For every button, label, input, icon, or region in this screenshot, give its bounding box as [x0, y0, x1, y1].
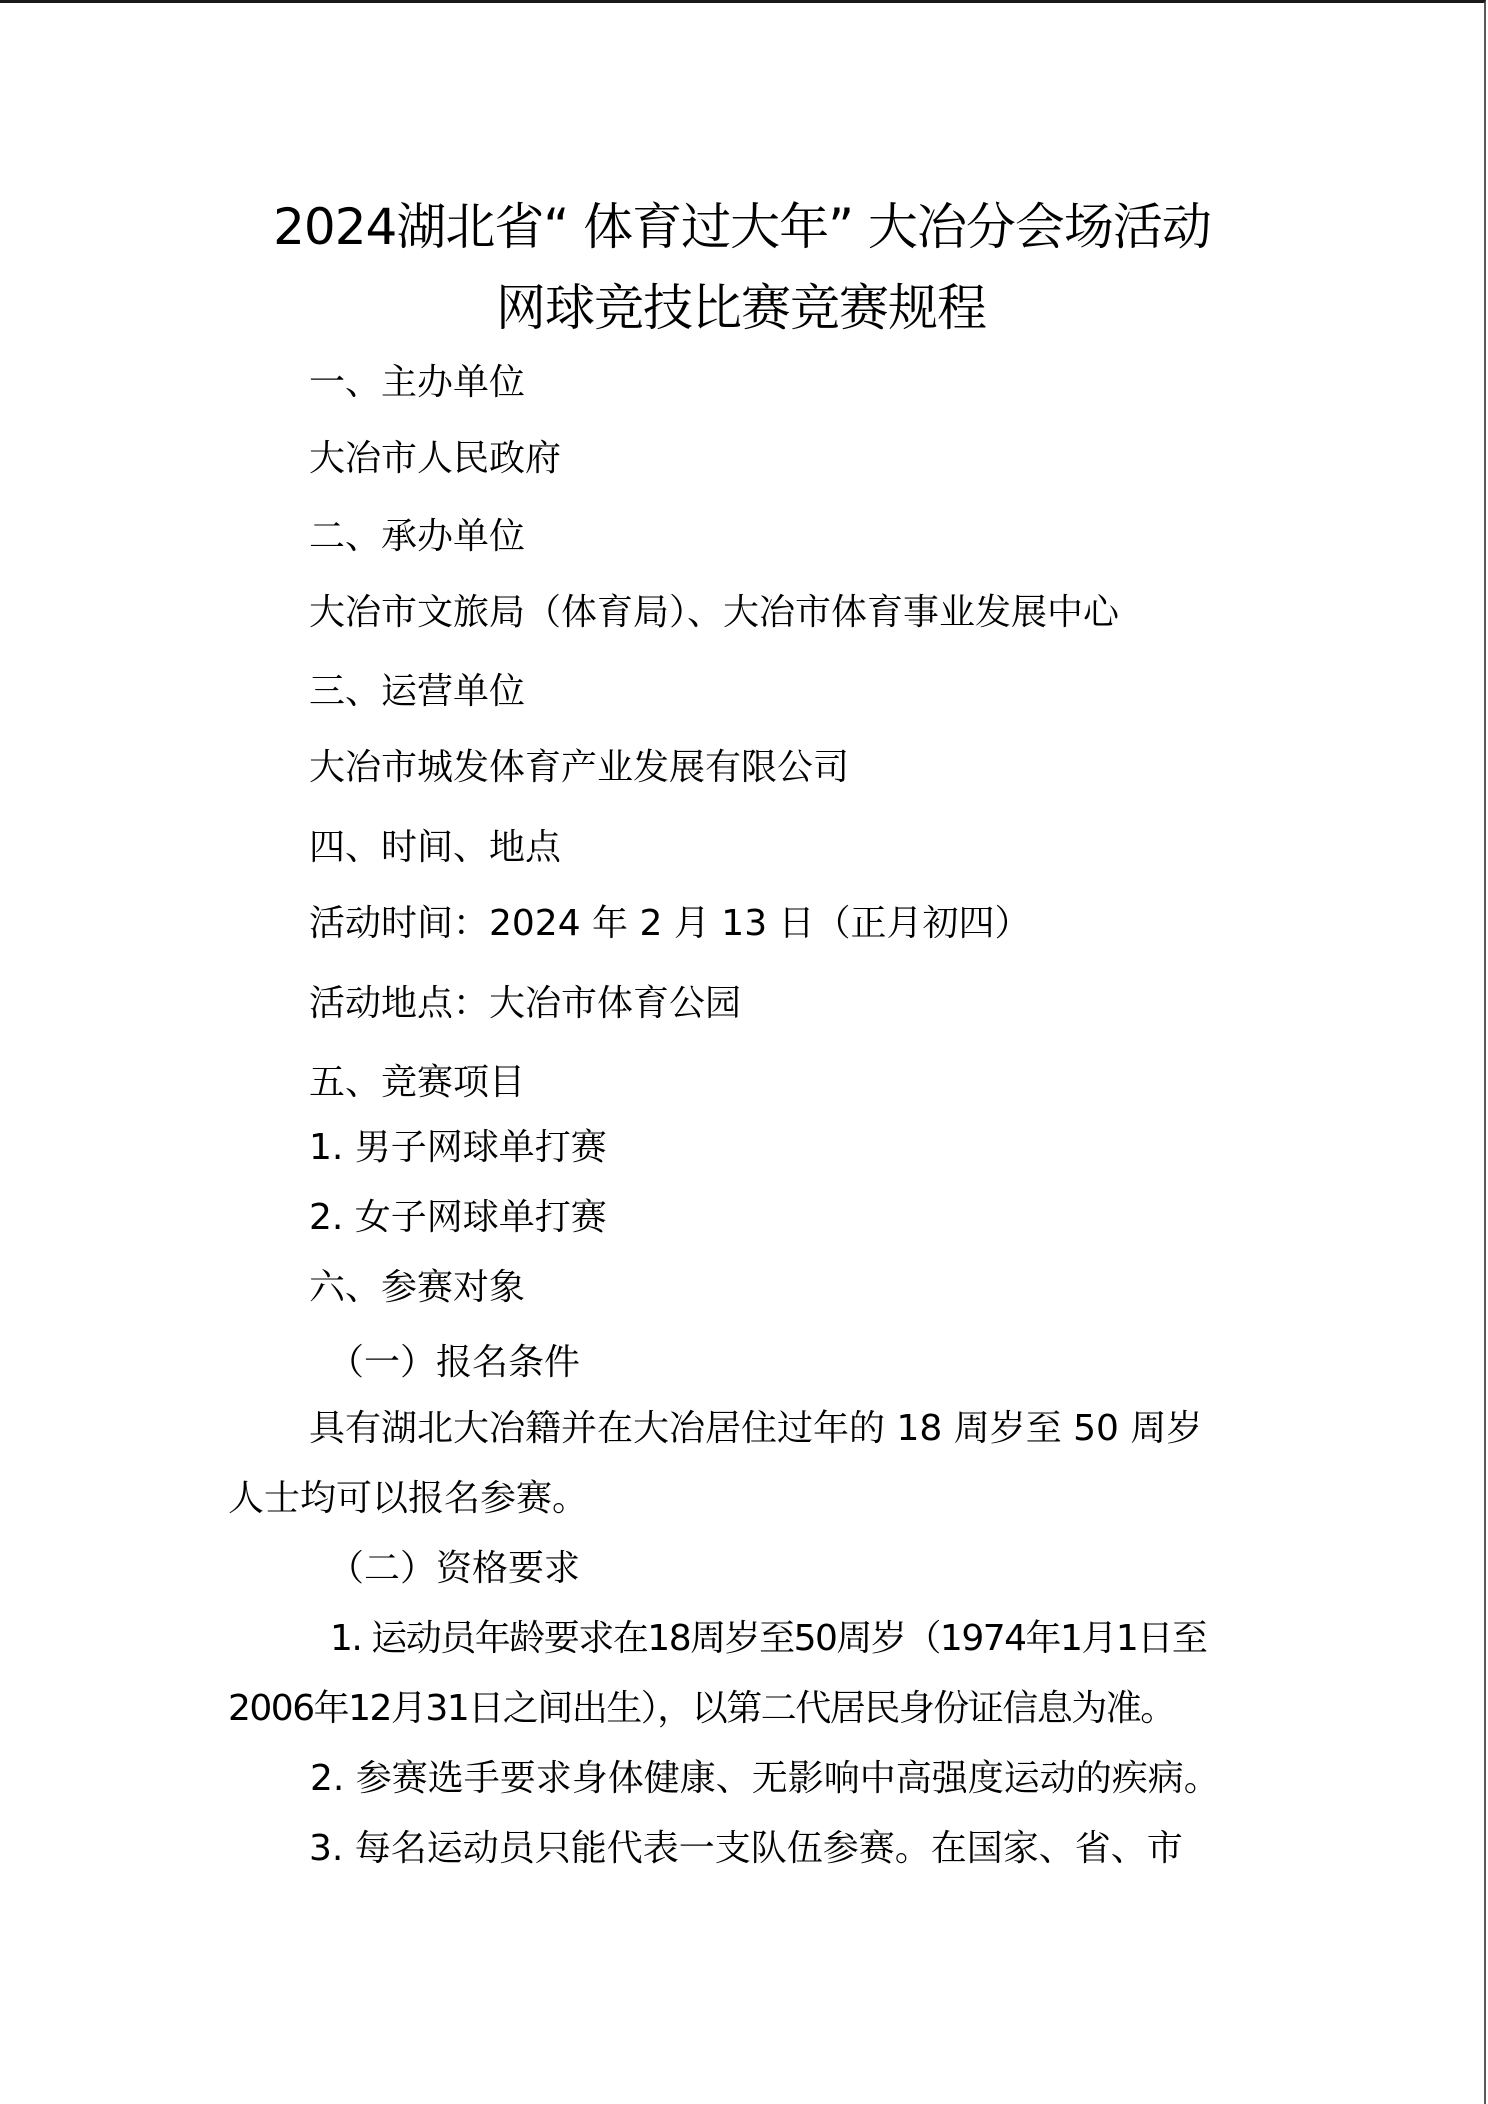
- registration-text-line-2: 人士均可以报名参赛。: [228, 1481, 588, 1517]
- qualification-item-2: 2. 参赛选手要求身体健康、无影响中高强度运动的疾病。: [310, 1761, 1220, 1797]
- section-heading-participants: 六、参赛对象: [309, 1270, 525, 1306]
- undertaker-content: 大冶市文旅局（体育局）、大冶市体育事业发展中心: [309, 595, 1119, 631]
- registration-text-line-1: 具有湖北大冶籍并在大冶居住过年的 18 周岁至 50 周岁: [309, 1411, 1202, 1447]
- section-heading-organizer: 一、主办单位: [309, 365, 525, 401]
- event-item-men-singles: 1. 男子网球单打赛: [309, 1130, 607, 1166]
- qualification-item-1-line-2: 2006年12月31日之间出生），以第二代居民身份证信息为准。: [228, 1691, 1175, 1727]
- event-place: 活动地点：大冶市体育公园: [309, 986, 741, 1022]
- subsection-heading-qualification: （二）资格要求: [328, 1551, 580, 1587]
- qualification-item-1-line-1: 1. 运动员年龄要求在18周岁至50周岁（1974年1月1日至: [330, 1621, 1206, 1657]
- operator-content: 大冶市城发体育产业发展有限公司: [309, 750, 849, 786]
- section-heading-undertaker: 二、承办单位: [309, 519, 525, 555]
- qualification-item-3: 3. 每名运动员只能代表一支队伍参赛。在国家、省、市: [309, 1831, 1183, 1867]
- section-heading-events: 五、竞赛项目: [309, 1065, 525, 1101]
- event-time: 活动时间：2024 年 2 月 13 日（正月初四）: [309, 906, 1031, 942]
- section-heading-time-place: 四、时间、地点: [309, 830, 561, 866]
- document-page: 2024湖北省“ 体育过大年” 大冶分会场活动 网球竞技比赛竞赛规程 一、主办单…: [0, 0, 1486, 2104]
- section-heading-operator: 三、运营单位: [309, 674, 525, 710]
- organizer-content: 大冶市人民政府: [309, 441, 561, 477]
- document-title-line-2: 网球竞技比赛竞赛规程: [0, 283, 1485, 333]
- event-item-women-singles: 2. 女子网球单打赛: [309, 1200, 607, 1236]
- subsection-heading-registration: （一）报名条件: [328, 1345, 580, 1381]
- document-title-line-1: 2024湖北省“ 体育过大年” 大冶分会场活动: [0, 202, 1486, 252]
